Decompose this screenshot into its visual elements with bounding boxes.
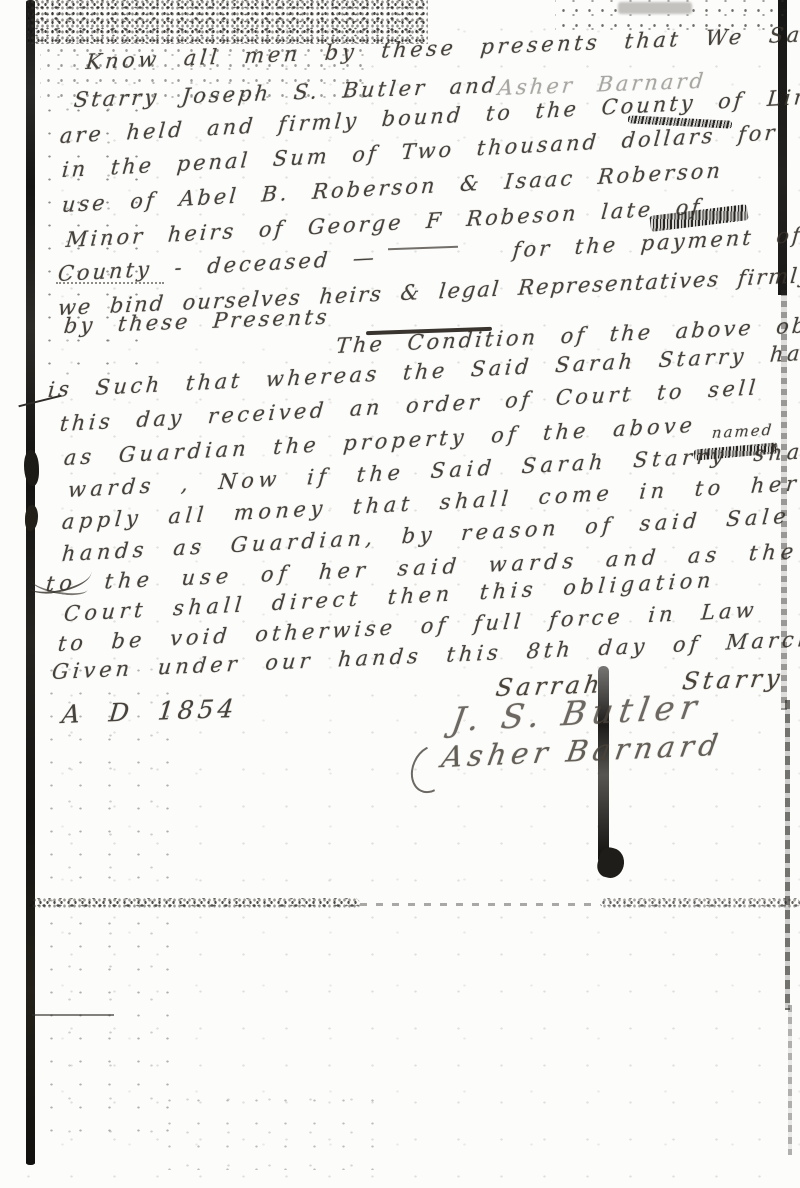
left-edge-blot-2 xyxy=(25,505,38,531)
scanned-document-page: Know all men by these presents that We S… xyxy=(0,0,800,1188)
fold-crease-right xyxy=(600,898,800,908)
fold-crease-mid xyxy=(360,903,600,906)
crease-short-line xyxy=(32,1014,114,1016)
bottom-left-noise xyxy=(150,1080,380,1170)
top-left-noise-band xyxy=(28,0,428,44)
left-edge-blot-1 xyxy=(24,450,39,486)
fold-crease-left xyxy=(30,898,360,910)
inserted-word-named: named xyxy=(711,421,774,442)
right-scan-edge-lower xyxy=(785,700,790,1010)
top-gray-patch xyxy=(618,2,692,14)
right-scan-edge-bottom xyxy=(788,1005,792,1155)
date-line: A D 1854 xyxy=(60,694,239,729)
